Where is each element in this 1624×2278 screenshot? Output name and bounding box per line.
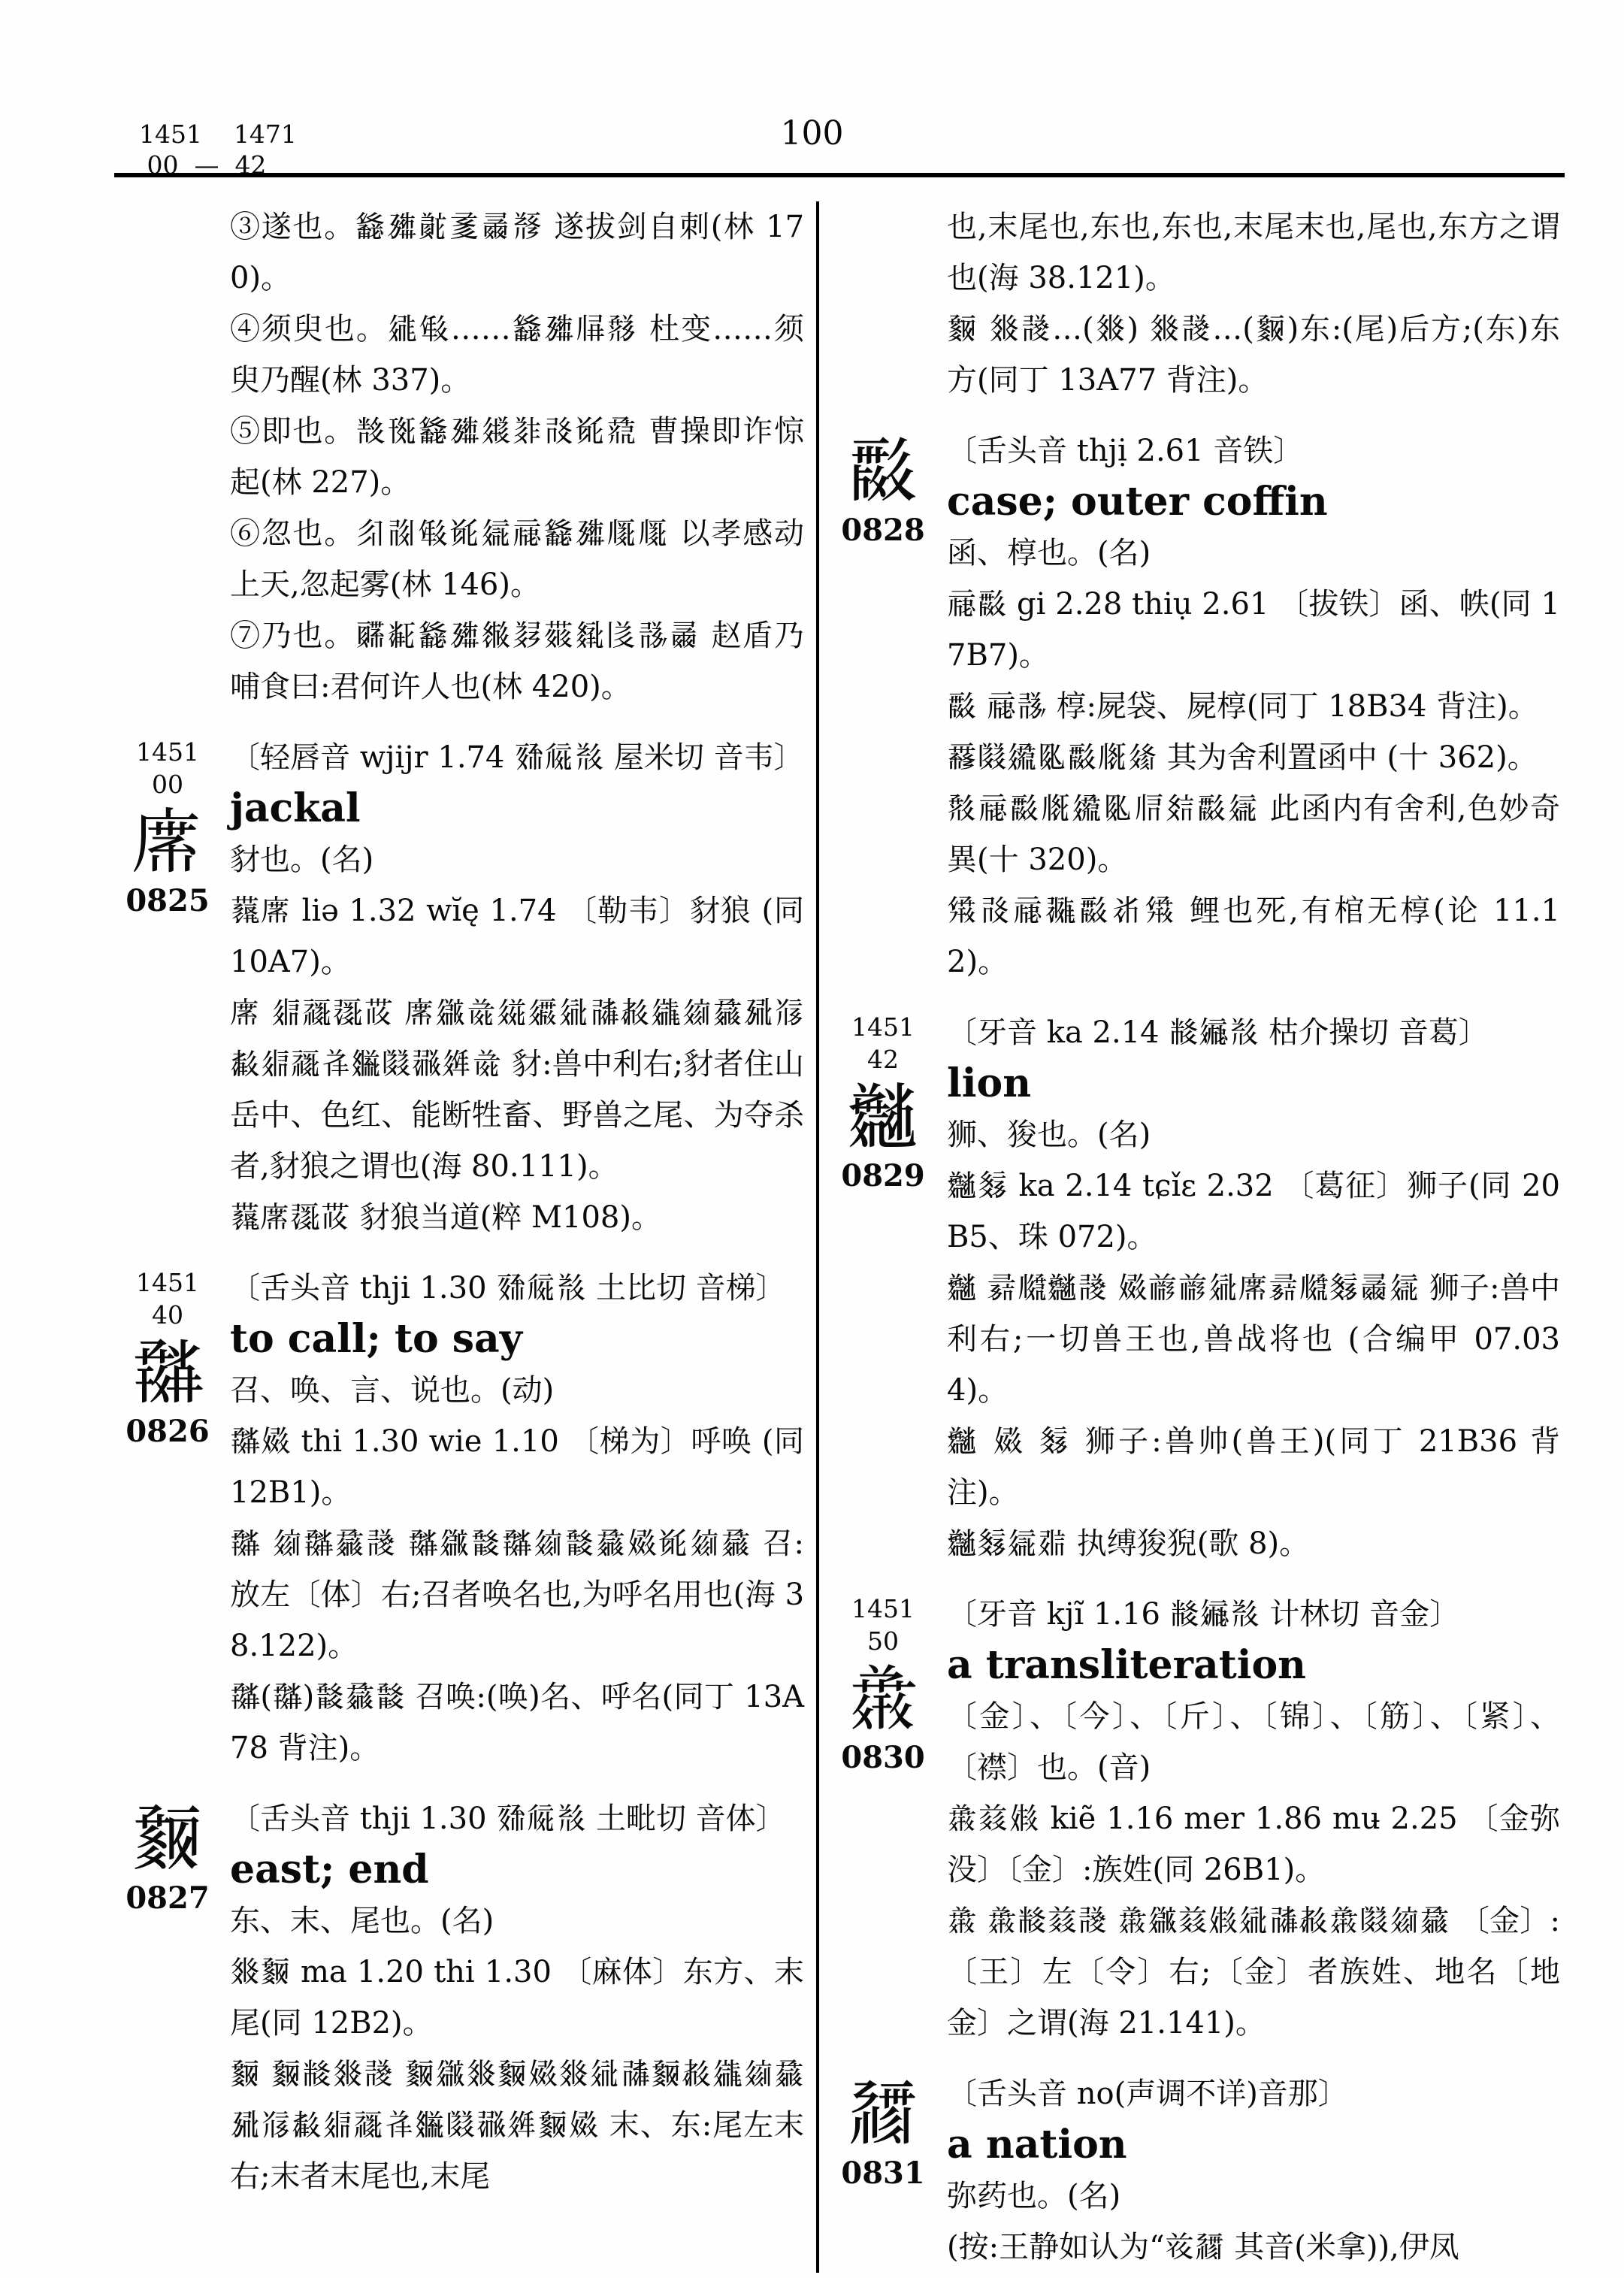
example-line: 𘞷 𘞷𘋠𗾟𘄎 𘞷𗫡𗾟𘞷𗏲𗾟𗣼𗰜𘞷𗳒𗪘𗦻𗲠𗉣𗭼𘓁𗤋𗹙𘗐𗿳𗂸𗖻𗤶𘞷𗏲 末、东:尾左末… [230, 2049, 804, 2202]
definition-line: 弥药也。(名) [947, 2171, 1560, 2222]
entry-ref: 145140 [105, 1267, 230, 1332]
example-line: 𘜔𗄊𘟂𗅋𗫔𘉞𗄭𗾖𘟂𗦇 此函内有舍利,色妙奇異(十 320)。 [947, 783, 1560, 885]
tangut-headword: 𘟭 [819, 2074, 947, 2154]
definition-line: 召、唤、言、说也。(动) [230, 1365, 804, 1416]
pronunciation-line: 〔舌头音 no(声调不详)音那〕 [947, 2068, 1560, 2119]
example-line: 𗵒𗂸𗫔𘉞𘟂𗅋𗦳 其为舍利置函中 (十 362)。 [947, 732, 1560, 783]
right-column: 也,末尾也,东也,东也,末尾末也,尾也,东方之谓也(海 38.121)。 𘞷 𗾟… [816, 201, 1571, 2273]
note-line: (按:王静如认为“𘝞𘟭 其音(米拿)),伊凤 [947, 2222, 1560, 2273]
example-line: 𘟨𘊐𗦇𘄽 执缚狻猊(歌 8)。 [947, 1518, 1560, 1569]
dict-entry-0826: 145140 𘞶 0826 〔舌头音 thji 1.30 𗸨𗏁𘃞 土比切 音梯〕… [105, 1243, 815, 1774]
dict-entry-0827: 𘞷 0827 〔舌头音 thji 1.30 𗸨𗏁𘃞 土毗切 音体〕 east; … [105, 1774, 815, 2202]
entry-number: 0830 [819, 1740, 947, 1775]
sense-4-paragraph: ④须臾也。𗧓𘓐……𗴮𗉮𗅁𘜕 杜变……须臾乃醒(林 337)。 [230, 304, 804, 406]
tangut-headword: 𘞶 [105, 1333, 230, 1413]
example-line: 𘟨𘊐 ka 2.14 tɕǐɛ 2.32 〔葛征〕狮子(同 20B5、珠 072… [947, 1160, 1560, 1263]
sense-3-paragraph: ③遂也。𗴮𗉮𘞪𘝾𗰭𘃡 遂拔剑自刺(林 170)。 [230, 201, 804, 304]
english-gloss: east; end [230, 1844, 804, 1895]
example-line: 𗋽𗰗𗄊𗖵𘟂𘂆𗋽 鲤也死,有棺无椁(论 11.12)。 [947, 885, 1560, 988]
example-line: 𘟪 𘟪𘋠𗑠𘄎 𘟪𗫡𗑠𗏡𗣼𗰜𗳒𘟪𗂸𗦻𗲠 〔金〕:〔王〕左〔令〕右;〔金〕者族姓、地… [947, 1895, 1560, 2049]
definition-line: 〔金〕、〔今〕、〔斤〕、〔锦〕、〔筋〕、〔紧〕、〔襟〕也。(音) [947, 1691, 1560, 1793]
entry-number: 0828 [819, 513, 947, 548]
example-line: 𘟙 𗤋𗹙𗖰𗚉 𘟙𗫡𗯨𗧅𗪀𗣼𗰜𗳒𗪘𗦻𗲠𗉣𗭼𘓁𗤋𗹙𘗐𗿳𗂸𗖻𗤶𗯨 豺:兽中利右;豺者住… [230, 988, 804, 1192]
entry-number: 0827 [105, 1880, 230, 1916]
example-line: 𗾟𘞷 ma 1.20 thi 1.30 〔麻体〕东方、末尾(同 12B2)。 [230, 1947, 804, 2049]
dictionary-page: 1451 1471 00 — 42 100 ③遂也。𗴮𗉮𘞪𘝾𗰭𘃡 遂拔剑自刺(林… [0, 0, 1624, 2278]
pronunciation-line: 〔舌头音 thjị 2.61 音铁〕 [947, 425, 1560, 476]
pronunciation-line: 〔牙音 kjĩ 1.16 𘋠𗩾𘃞 计林切 音金〕 [947, 1589, 1560, 1640]
example-line: 𗜐𘟙𗖰𗚉 豺狼当道(粹 M108)。 [230, 1192, 804, 1243]
continuation-block: 也,末尾也,东也,东也,末尾末也,尾也,东方之谓也(海 38.121)。 𘞷 𗾟… [819, 201, 1571, 406]
example-line: 𘟨 𘝵𗆮𘟨𘄎 𗏲𗑗𗑗𗣼𘟙𘝵𗆮𘊐𗰭𗦇 狮子:兽中利右;一切兽王也,兽战将也 (合编… [947, 1263, 1560, 1416]
example-line: 𗜐𘟙 liə 1.32 wĭę 1.74 〔勒韦〕豺狼 (同 10A7)。 [230, 885, 804, 988]
tangut-headword: 𘟂 [819, 431, 947, 511]
pronunciation-line: 〔轻唇音 wjijr 1.74 𗸨𗏁𘃞 屋米切 音韦〕 [230, 732, 804, 783]
pronunciation-line: 〔舌头音 thji 1.30 𗸨𗏁𘃞 土毗切 音体〕 [230, 1793, 804, 1844]
entry-number: 0825 [105, 883, 230, 918]
continuation-paragraph: 也,末尾也,东也,东也,末尾末也,尾也,东方之谓也(海 38.121)。 [947, 201, 1560, 304]
dict-entry-0830: 145150 𘟪 0830 〔牙音 kjĩ 1.16 𘋠𗩾𘃞 计林切 音金〕 a… [819, 1569, 1571, 2049]
example-line: 𘞶 𗦻𘞶𗲠𘄎 𘞶𗫡𘞂𘞶𗦻𘞂𗲠𗏲𘍞𗦻𗲠 召:放左〔体〕右;召者唤名也,为呼名用也(… [230, 1518, 804, 1671]
english-gloss: case; outer coffin [947, 476, 1560, 528]
entry-ref: 145150 [819, 1593, 947, 1658]
definition-line: 函、椁也。(名) [947, 528, 1560, 579]
english-gloss: lion [947, 1058, 1560, 1109]
example-line: 𘟨 𗏲 𘊐 狮子:兽帅(兽王)(同丁 21B36 背注)。 [947, 1416, 1560, 1518]
definition-line: 狮、狻也。(名) [947, 1109, 1560, 1160]
example-line: 𗄊𘟂 gi 2.28 thiụ 2.61 〔拔铁〕函、帙(同 17B7)。 [947, 579, 1560, 681]
page-number: 100 [0, 114, 1624, 153]
english-gloss: a nation [947, 2119, 1560, 2171]
pronunciation-line: 〔舌头音 thji 1.30 𗸨𗏁𘃞 土比切 音梯〕 [230, 1263, 804, 1314]
tangut-headword: 𘟙 [105, 803, 230, 882]
english-gloss: a transliteration [947, 1640, 1560, 1691]
tangut-headword: 𘟨 [819, 1078, 947, 1157]
definition-line: 东、末、尾也。(名) [230, 1895, 804, 1947]
entry-number: 0826 [105, 1414, 230, 1449]
dict-entry-0831: 𘟭 0831 〔舌头音 no(声调不详)音那〕 a nation 弥药也。(名)… [819, 2049, 1571, 2273]
example-line: 𘞷 𗾟𘄎…(𗾟) 𗾟𘄎…(𘞷)东:(尾)后方;(东)东方(同丁 13A77 背注… [947, 304, 1560, 406]
entry-number: 0829 [819, 1158, 947, 1193]
example-line: 𘞶(𘞶)𘞂𗲠𘞂 召唤:(唤)名、呼名(同丁 13A78 背注)。 [230, 1671, 804, 1774]
dict-entry-0825: 145100 𘟙 0825 〔轻唇音 wjijr 1.74 𗸨𗏁𘃞 屋米切 音韦… [105, 712, 815, 1243]
example-line: 𘟪𗑠𗏡 kiẽ 1.16 mer 1.86 mu̵ 2.25 〔金弥没〕〔金〕:… [947, 1793, 1560, 1895]
english-gloss: jackal [230, 783, 804, 834]
header-rule [114, 173, 1565, 177]
tangut-headword: 𘟪 [819, 1659, 947, 1739]
columns: ③遂也。𗴮𗉮𘞪𘝾𗰭𘃡 遂拔剑自刺(林 170)。 ④须臾也。𗧓𘓐……𗴮𗉮𗅁𘜕 杜… [105, 201, 1571, 2273]
sense-7-paragraph: ⑦乃也。𘓷𘕿𗴮𗉮𗬫𘎪𗛰𘊝𗁅𘃽𗰭 赵盾乃哺食曰:君何许人也(林 420)。 [230, 610, 804, 712]
definition-line: 豺也。(名) [230, 834, 804, 885]
continuation-block: ③遂也。𗴮𗉮𘞪𘝾𗰭𘃡 遂拔剑自刺(林 170)。 ④须臾也。𗧓𘓐……𗴮𗉮𗅁𘜕 杜… [105, 201, 815, 712]
tangut-headword: 𘞷 [105, 1799, 230, 1879]
left-column: ③遂也。𗴮𗉮𘞪𘝾𗰭𘃡 遂拔剑自刺(林 170)。 ④须臾也。𗧓𘓐……𗴮𗉮𗅁𘜕 杜… [105, 201, 815, 2273]
dict-entry-0829: 145142 𘟨 0829 〔牙音 ka 2.14 𘋠𗩾𘃞 枯介操切 音葛〕 l… [819, 988, 1571, 1569]
dict-entry-0828: 𘟂 0828 〔舌头音 thjị 2.61 音铁〕 case; outer co… [819, 406, 1571, 988]
entry-ref: 145142 [819, 1012, 947, 1076]
pronunciation-line: 〔牙音 ka 2.14 𘋠𗩾𘃞 枯介操切 音葛〕 [947, 1007, 1560, 1058]
entry-ref: 145100 [105, 737, 230, 801]
example-line: 𘟂 𗄊𘃽 椁:屍袋、屍椁(同丁 18B34 背注)。 [947, 681, 1560, 732]
example-line: 𘞶𗏲 thi 1.30 wie 1.10 〔梯为〕呼唤 (同 12B1)。 [230, 1416, 804, 1518]
sense-5-paragraph: ⑤即也。𘕕𗍊𗴮𗉮𗧤𘎳𗰗𘍞𘟣 曹操即诈惊起(林 227)。 [230, 406, 804, 508]
entry-number: 0831 [819, 2155, 947, 2191]
english-gloss: to call; to say [230, 1314, 804, 1365]
sense-6-paragraph: ⑥忽也。𗼃𗰖𘓐𘍞𗦇𗄊𗴮𗉮𗅲𗅲 以孝感动上天,忽起雾(林 146)。 [230, 508, 804, 610]
